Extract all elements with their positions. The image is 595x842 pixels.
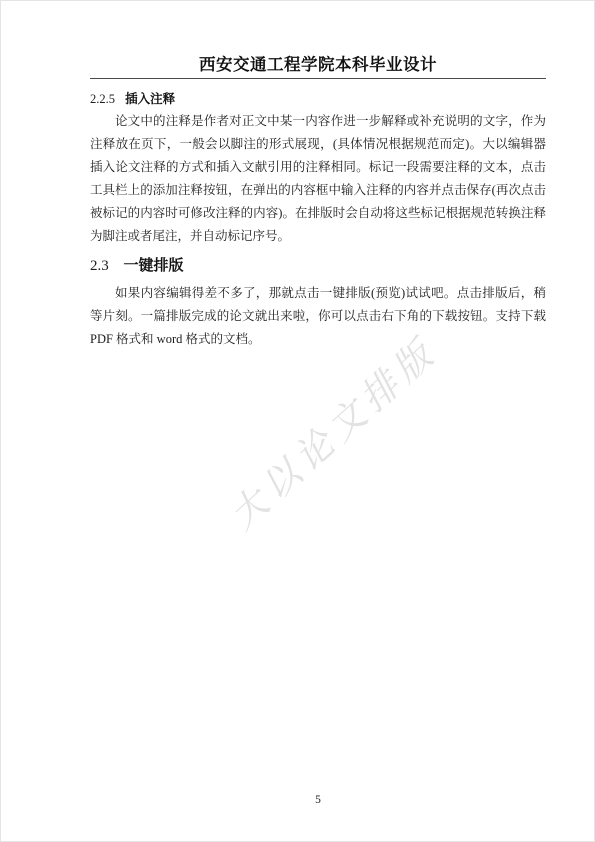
document-page: 西安交通工程学院本科毕业设计 2.2.5 插入注释 论文中的注释是作者对正文中某… (0, 0, 595, 842)
section-paragraph: 如果内容编辑得差不多了，那就点击一键排版(预览)试试吧。点击排版后，稍等片刻。一… (90, 282, 546, 351)
section-heading-2-3: 2.3 一键排版 (90, 254, 546, 275)
page-header-title: 西安交通工程学院本科毕业设计 (90, 51, 546, 75)
page-number: 5 (90, 794, 546, 806)
header-rule (90, 78, 546, 79)
section-number: 2.2.5 (90, 92, 115, 106)
diagonal-watermark: 大以论文排版 (215, 323, 447, 540)
section-title: 一键排版 (124, 257, 184, 274)
section-paragraph: 论文中的注释是作者对正文中某一内容作进一步解释或补充说明的文字，作为注释放在页下… (90, 110, 546, 248)
section-title: 插入注释 (125, 92, 175, 106)
section-number: 2.3 (90, 258, 109, 274)
section-heading-2-2-5: 2.2.5 插入注释 (90, 89, 546, 107)
